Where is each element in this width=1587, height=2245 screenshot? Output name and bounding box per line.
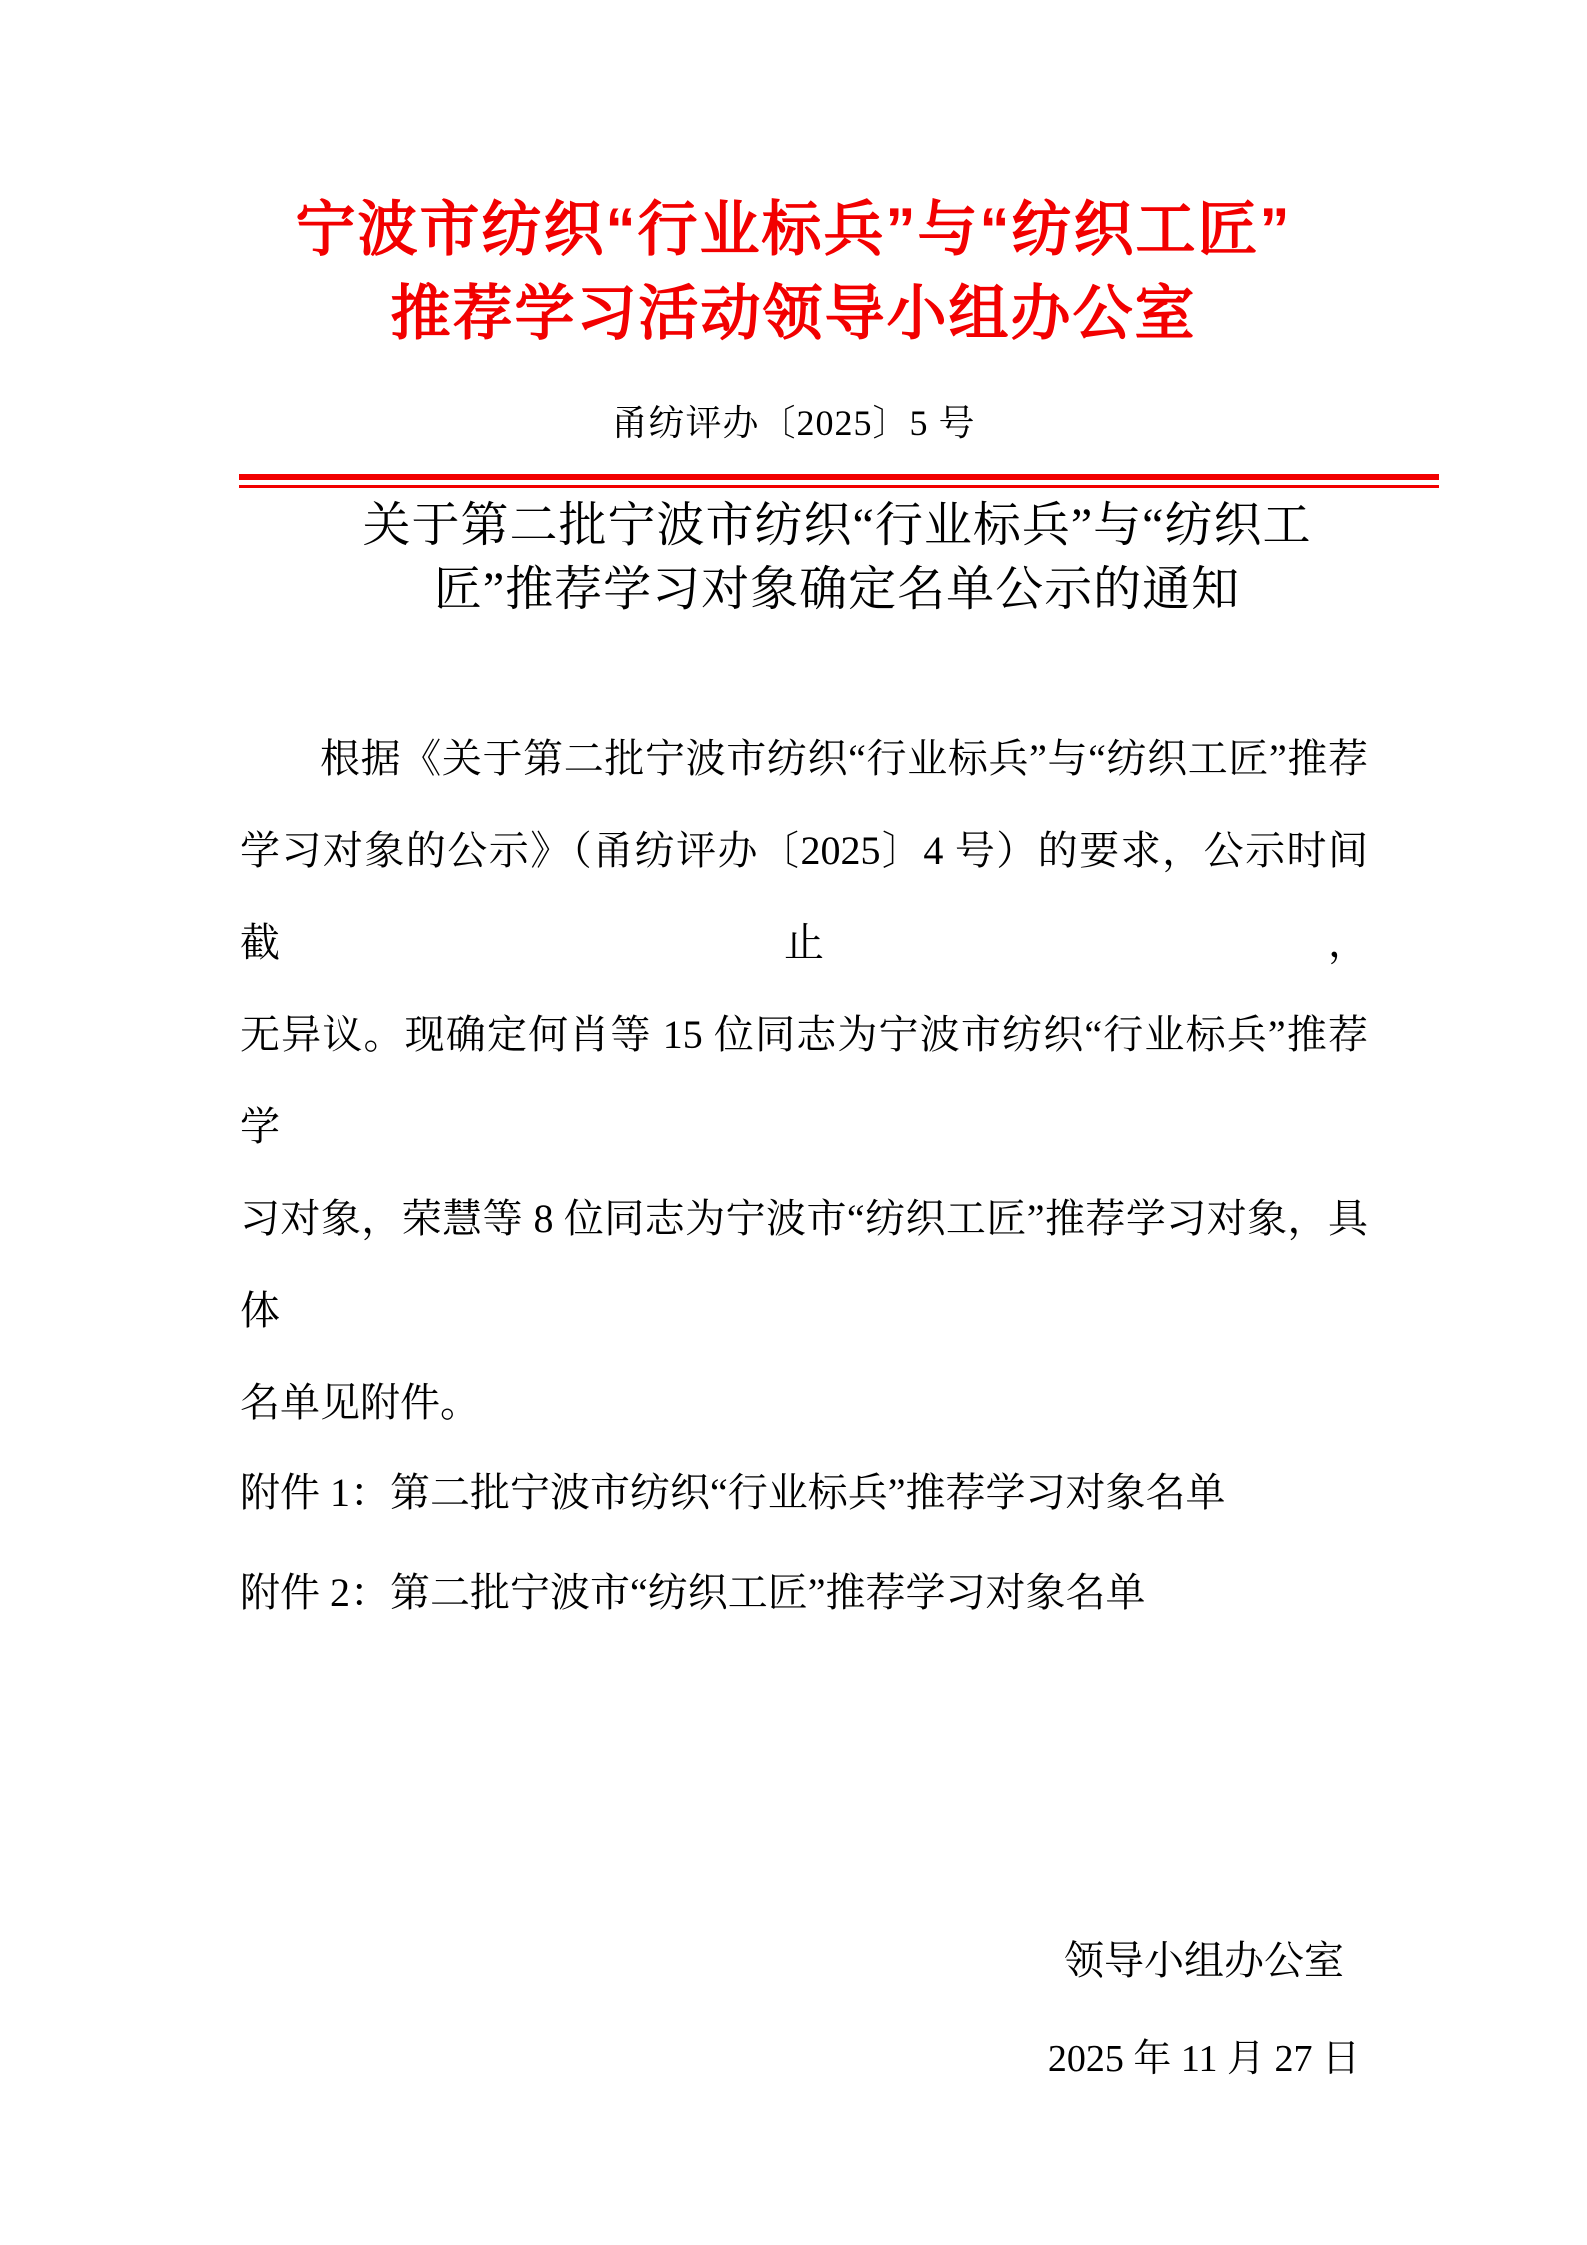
body-paragraph: 根据《关于第二批宁波市纺织“行业标兵”与“纺织工匠”推荐 学习对象的公示》（甬纺… bbox=[240, 713, 1368, 1449]
document-title: 关于第二批宁波市纺织“行业标兵”与“纺织工 匠”推荐学习对象确定名单公示的通知 bbox=[292, 494, 1382, 622]
signature-block: 领导小组办公室 2025 年 11 月 27 日 bbox=[0, 1938, 1587, 2082]
signature-date: 2025 年 11 月 27 日 bbox=[1048, 2036, 1360, 2082]
body-line: 根据《关于第二批宁波市纺织“行业标兵”与“纺织工匠”推荐 bbox=[240, 713, 1368, 805]
doc-number: 甬纺评办〔2025〕5 号 bbox=[0, 398, 1587, 448]
document-title-line-1: 关于第二批宁波市纺织“行业标兵”与“纺织工 bbox=[292, 494, 1382, 558]
attachment-line-2: 附件 2：第二批宁波市“纺织工匠”推荐学习对象名单 bbox=[240, 1570, 1368, 1616]
letterhead-org-line-2: 推荐学习活动领导小组办公室 bbox=[0, 272, 1587, 356]
document-title-line-2: 匠”推荐学习对象确定名单公示的通知 bbox=[292, 558, 1382, 622]
attachment-line-1: 附件 1：第二批宁波市纺织“行业标兵”推荐学习对象名单 bbox=[240, 1470, 1368, 1516]
red-rule-thin bbox=[239, 485, 1439, 488]
red-rule-thick bbox=[239, 474, 1439, 480]
letterhead-org-line-1: 宁波市纺织“行业标兵”与“纺织工匠” bbox=[0, 188, 1587, 272]
body-line: 名单见附件。 bbox=[240, 1357, 1368, 1449]
letterhead: 宁波市纺织“行业标兵”与“纺织工匠” 推荐学习活动领导小组办公室 甬纺评办〔20… bbox=[0, 0, 1587, 488]
red-separator bbox=[239, 474, 1439, 488]
body-line: 无异议。现确定何肖等 15 位同志为宁波市纺织“行业标兵”推荐学 bbox=[240, 989, 1368, 1173]
body-line: 学习对象的公示》（甬纺评办〔2025〕4 号）的要求，公示时间截止， bbox=[240, 805, 1368, 989]
signature-inner: 领导小组办公室 2025 年 11 月 27 日 bbox=[1048, 1938, 1360, 2082]
document-page: 宁波市纺织“行业标兵”与“纺织工匠” 推荐学习活动领导小组办公室 甬纺评办〔20… bbox=[0, 0, 1587, 2245]
signature-issuer: 领导小组办公室 bbox=[1048, 1938, 1360, 1984]
body-line: 习对象，荣慧等 8 位同志为宁波市“纺织工匠”推荐学习对象，具体 bbox=[240, 1173, 1368, 1357]
